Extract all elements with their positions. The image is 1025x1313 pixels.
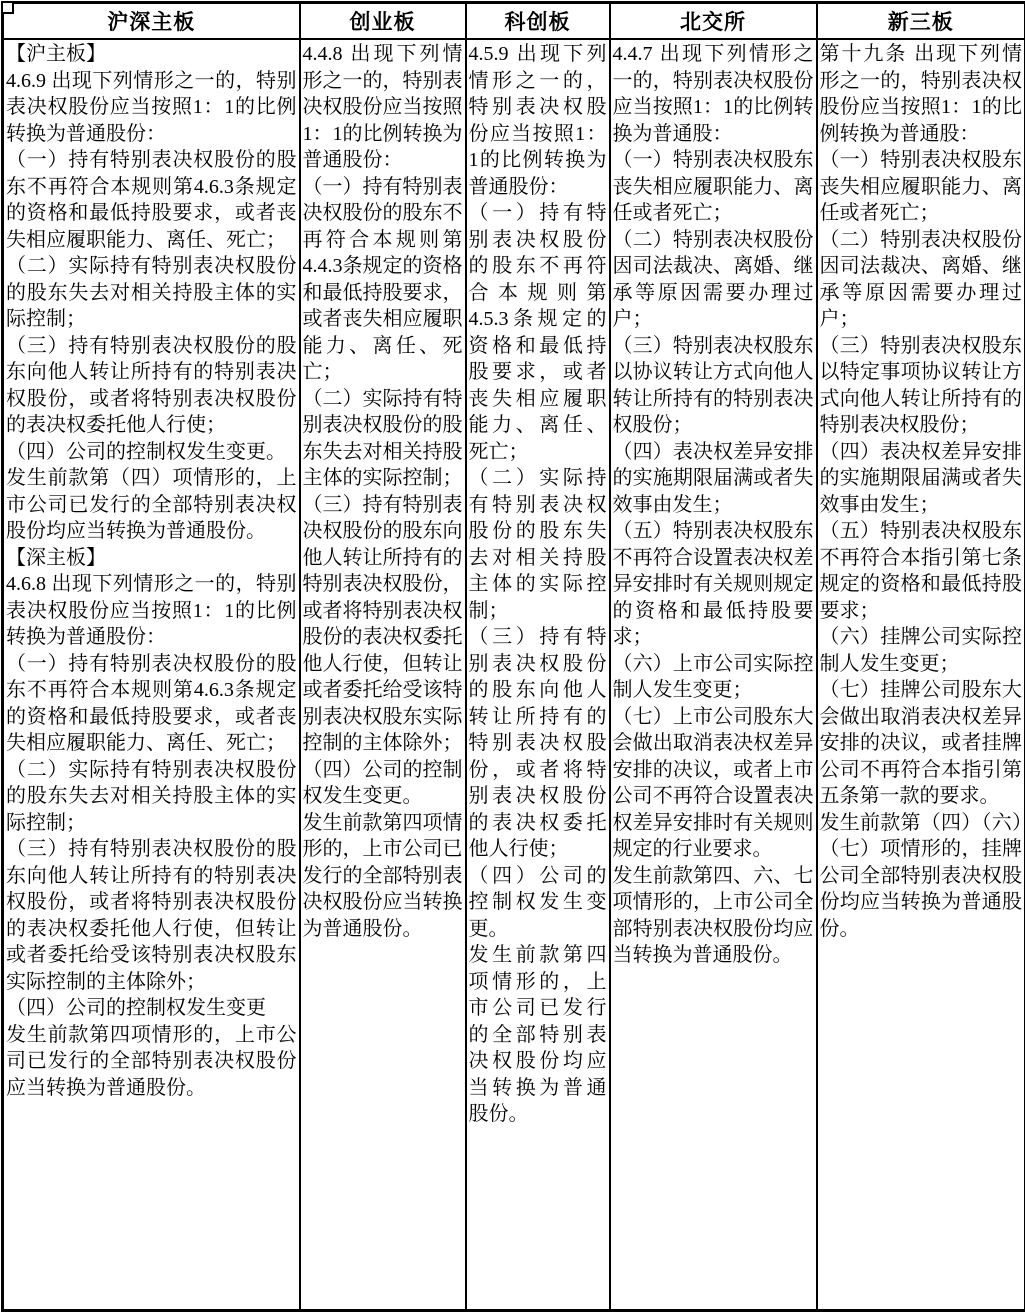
paragraph: 【沪主板】 (6, 41, 297, 68)
paragraph: （三）特别表决权股东以特定事项协议转让方式向他人转让所持有的特别表决权股份； (820, 333, 1023, 439)
document-page: 沪深主板 创业板 科创板 北交所 新三板 【沪主板】4.6.9 出现下列情形之一… (0, 0, 1025, 1313)
paragraph: （六）上市公司实际控制人发生变更； (613, 651, 814, 704)
paragraph: 第十九条 出现下列情形之一的，特别表决权股份应当按照1：1的比例转换为普通股： (820, 41, 1023, 147)
paragraph: （三）特别表决权股东以协议转让方式向他人转让所持有的特别表决权股份； (613, 333, 814, 439)
paragraph: （一）持有特别表决权股份的股东不再符合本规则第4.6.3条规定的资格和最低持股要… (6, 147, 297, 253)
paragraph: 发生前款第（四）项情形的，上市公司已发行的全部特别表决权股份均应当转换为普通股份… (6, 465, 297, 545)
cell-star-market: 4.5.9 出现下列情形之一的，特别表决权股份应当按照1：1的比例转换为普通股份… (466, 39, 610, 1311)
paragraph: （二）特别表决权股份因司法裁决、离婚、继承等原因需要办理过户； (820, 227, 1023, 333)
cell-neeq: 第十九条 出现下列情形之一的，特别表决权股份应当按照1：1的比例转换为普通股：（… (817, 39, 1025, 1311)
paragraph: （二）特别表决权股份因司法裁决、离婚、继承等原因需要办理过户； (613, 227, 814, 333)
paragraph: （一）特别表决权股东丧失相应履职能力、离任或者死亡； (613, 147, 814, 227)
column-header-bse: 北交所 (610, 3, 817, 40)
paragraph: （二）实际持有特别表决权股份的股东失去对相关持股主体的实际控制； (303, 386, 463, 492)
column-header-neeq: 新三板 (817, 3, 1025, 40)
paragraph: 4.4.7 出现下列情形之一的，特别表决权股份应当按照1：1的比例转换为普通股： (613, 41, 814, 147)
board-comparison-table: 沪深主板 创业板 科创板 北交所 新三板 【沪主板】4.6.9 出现下列情形之一… (1, 1, 1025, 1312)
paragraph: 4.6.9 出现下列情形之一的，特别表决权股份应当按照1：1的比例转换为普通股份… (6, 68, 297, 148)
body-row: 【沪主板】4.6.9 出现下列情形之一的，特别表决权股份应当按照1：1的比例转换… (3, 39, 1025, 1311)
cell-bse: 4.4.7 出现下列情形之一的，特别表决权股份应当按照1：1的比例转换为普通股：… (610, 39, 817, 1311)
paragraph: （三）持有特别表决权股份的股东向他人转让所持有的特别表决权股份，或者将特别表决权… (6, 836, 297, 995)
cell-hushen-mainboard: 【沪主板】4.6.9 出现下列情形之一的，特别表决权股份应当按照1：1的比例转换… (3, 39, 300, 1311)
paragraph: 4.5.9 出现下列情形之一的，特别表决权股份应当按照1：1的比例转换为普通股份… (469, 41, 607, 200)
header-row: 沪深主板 创业板 科创板 北交所 新三板 (3, 3, 1025, 40)
paragraph: （四）公司的控制权发生变更。 (303, 757, 463, 810)
paragraph: 发生前款第（四）（六）（七）项情形的，挂牌公司全部特别表决权股份均应当转换为普通… (820, 810, 1023, 943)
paragraph: （五）特别表决权股东不再符合设置表决权差异安排时有关规则规定的资格和最低持股要求… (613, 518, 814, 651)
paragraph: 发生前款第四项情形的，上市公司已发行的全部特别表决权股份应当转换为普通股份。 (6, 1022, 297, 1102)
paragraph: （四）公司的控制权发生变更 (6, 995, 297, 1022)
table-anchor-marker (1, 1, 14, 14)
paragraph: （七）挂牌公司股东大会做出取消表决权差异安排的决议，或者挂牌公司不再符合本指引第… (820, 677, 1023, 810)
paragraph: （五）特别表决权股东不再符合本指引第七条规定的资格和最低持股要求； (820, 518, 1023, 624)
paragraph: 4.4.8 出现下列情形之一的，特别表决权股份应当按照 1：1的比例转换为普通股… (303, 41, 463, 174)
column-header-hushen-mainboard: 沪深主板 (3, 3, 300, 40)
cell-chinext: 4.4.8 出现下列情形之一的，特别表决权股份应当按照 1：1的比例转换为普通股… (300, 39, 466, 1311)
paragraph: 发生前款第四、六、七项情形的，上市公司全部特别表决权股份均应当转换为普通股份。 (613, 863, 814, 969)
paragraph: （一）持有特别表决权股份的股东不再符合本规则第4.5.3条规定的资格和最低持股要… (469, 200, 607, 465)
paragraph: 【深主板】 (6, 545, 297, 572)
paragraph: （二）实际持有特别表决权股份的股东失去对相关持股主体的实际控制； (469, 465, 607, 624)
paragraph: （二）实际持有特别表决权股份的股东失去对相关持股主体的实际控制； (6, 757, 297, 837)
paragraph: （六）挂牌公司实际控制人发生变更； (820, 624, 1023, 677)
paragraph: 发生前款第四项情形的，上市公司已发行的全部特别表决权股份应当转换为普通股份。 (303, 810, 463, 943)
column-header-star-market: 科创板 (466, 3, 610, 40)
paragraph: （七）上市公司股东大会做出取消表决权差异安排的决议，或者上市公司不再符合设置表决… (613, 704, 814, 863)
paragraph: （一）持有特别表决权股份的股东不再符合本规则第4.6.3条规定的资格和最低持股要… (6, 651, 297, 757)
paragraph: （四）表决权差异安排的实施期限届满或者失效事由发生； (613, 439, 814, 519)
paragraph: 4.6.8 出现下列情形之一的，特别表决权股份应当按照1：1的比例转换为普通股份… (6, 571, 297, 651)
paragraph: （二）实际持有特别表决权股份的股东失去对相关持股主体的实际控制； (6, 253, 297, 333)
paragraph: （四）公司的控制权发生变更。 (6, 439, 297, 466)
column-header-chinext: 创业板 (300, 3, 466, 40)
paragraph: （四）表决权差异安排的实施期限届满或者失效事由发生； (820, 439, 1023, 519)
paragraph: （一）特别表决权股东丧失相应履职能力、离任或者死亡； (820, 147, 1023, 227)
paragraph: （一）持有特别表决权股份的股东不再符合本规则第4.4.3条规定的资格和最低持股要… (303, 174, 463, 386)
paragraph: （三）持有特别表决权股份的股东向他人转让所持有的特别表决权股份，或者将特别表决权… (469, 624, 607, 863)
paragraph: （三）持有特别表决权股份的股东向他人转让所持有的特别表决权股份，或者将特别表决权… (6, 333, 297, 439)
paragraph: （四）公司的控制权发生变更。 (469, 863, 607, 943)
paragraph: 发生前款第四项情形的，上市公司已发行的全部特别表决权股份均应当转换为普通股份。 (469, 942, 607, 1128)
paragraph: （三）持有特别表决权股份的股东向他人转让所持有的特别表决权股份，或者将特别表决权… (303, 492, 463, 757)
